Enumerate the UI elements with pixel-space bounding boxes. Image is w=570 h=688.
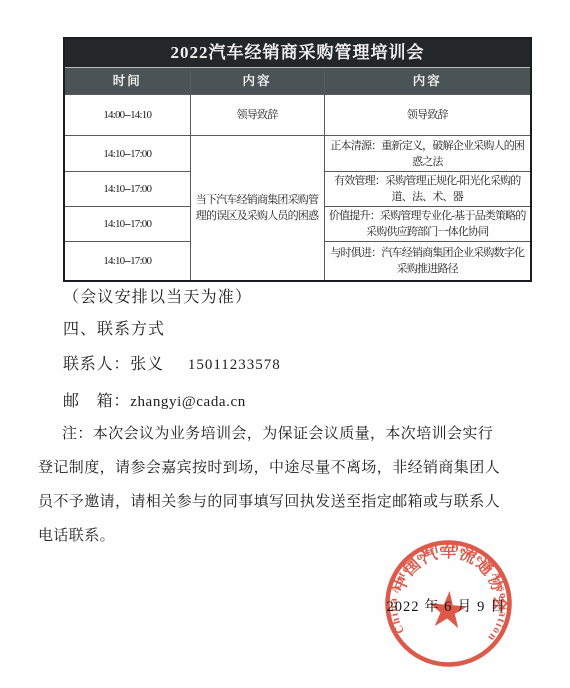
contact-email-line: 邮 箱：zhangyi@cada.cn bbox=[63, 388, 246, 411]
document-date: 2022 年 6 月 9 日 bbox=[374, 595, 518, 616]
content-cell: 有效管理：采购管理正规化-阳光化采购的道、法、术、器 bbox=[324, 172, 531, 207]
time-cell: 14:10--17:00 bbox=[64, 136, 190, 172]
contact-person-line: 联系人：张义15011233578 bbox=[63, 351, 281, 374]
content-cell: 领导致辞 bbox=[324, 95, 531, 136]
table-row: 14:10--17:00 当下汽车经销商集团采购管理的误区及采购人员的困惑 正本… bbox=[64, 136, 531, 172]
schedule-disclaimer: （会议安排以当天为准） bbox=[63, 284, 252, 307]
time-cell: 14:10--17:00 bbox=[64, 172, 190, 207]
remark-line: 注：本次会议为业务培训会，为保证会议质量，本次培训会实行 bbox=[38, 417, 520, 451]
table-title: 2022汽车经销商采购管理培训会 bbox=[64, 38, 531, 68]
time-cell: 14:10--17:00 bbox=[64, 207, 190, 242]
content-cell: 与时俱进：汽车经销商集团企业采购数字化采购推进路径 bbox=[324, 242, 531, 281]
remark-paragraph: 注：本次会议为业务培训会，为保证会议质量，本次培训会实行 登记制度，请参会嘉宾按… bbox=[38, 417, 520, 553]
content-cell: 价值提升：采购管理专业化-基于品类策略的采购供应跨部门一体化协同 bbox=[324, 207, 531, 242]
column-header-time: 时间 bbox=[64, 68, 190, 95]
table-row: 14:00--14:10 领导致辞 领导致辞 bbox=[64, 95, 531, 136]
content-cell: 领导致辞 bbox=[190, 95, 324, 136]
section-heading-contact: 四、联系方式 bbox=[63, 316, 165, 339]
contact-person-label: 联系人：张义 bbox=[63, 356, 164, 373]
schedule-table: 2022汽车经销商采购管理培训会 时间 内容 内容 14:00--14:10 领… bbox=[63, 37, 532, 282]
column-header-content-2: 内容 bbox=[324, 68, 531, 95]
email-label: 邮 箱： bbox=[63, 393, 130, 410]
contact-phone: 15011233578 bbox=[188, 357, 281, 373]
column-header-content-1: 内容 bbox=[190, 68, 324, 95]
time-cell: 14:10--17:00 bbox=[64, 242, 190, 281]
email-value: zhangyi@cada.cn bbox=[130, 394, 246, 410]
document-page: 2022汽车经销商采购管理培训会 时间 内容 内容 14:00--14:10 领… bbox=[0, 0, 570, 688]
content-cell: 正本清源：重新定义，破解企业采购人的困惑之法 bbox=[324, 136, 531, 172]
merged-content-cell: 当下汽车经销商集团采购管理的误区及采购人员的困惑 bbox=[190, 136, 324, 281]
remark-line: 登记制度，请参会嘉宾按时到场，中途尽量不离场，非经销商集团人 bbox=[38, 451, 520, 485]
remark-line: 员不予邀请，请相关参与的同事填写回执发送至指定邮箱或与联系人 bbox=[38, 485, 520, 519]
time-cell: 14:00--14:10 bbox=[64, 95, 190, 136]
